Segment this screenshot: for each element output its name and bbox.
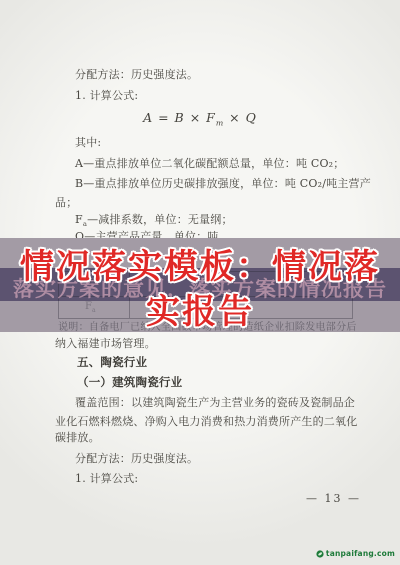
- overlay-title-line1: 情况落实模板：情况落: [0, 239, 400, 288]
- scanned-document-page: 分配方法：历史强度法。 1. 计算公式: A = B × Fm × Q 其中: …: [0, 0, 400, 565]
- scope-line-3: 碳排放。: [55, 431, 100, 444]
- var-f-line: Fa—减排系数，单位：无量纲；: [75, 213, 233, 231]
- section-heading: 五、陶瓷行业: [77, 356, 147, 369]
- var-b-line-2: 品；: [55, 196, 77, 209]
- alloc-method-line-2: 分配方法：历史强度法。: [75, 452, 198, 465]
- sub-section-heading: （一）建筑陶瓷行业: [77, 376, 182, 389]
- article-cover-overlay: b Fa % 说明：自备电厂已纳入全国碳市场管理的造纸企业扣除发电部分后 落实方…: [0, 238, 400, 332]
- formula-subscript: m: [216, 119, 224, 128]
- brand-logo-icon: [316, 550, 324, 558]
- market-note-tail: 纳入福建市场管理。: [55, 337, 156, 350]
- var-f-desc: —减排系数，单位：无量纲；: [87, 213, 233, 226]
- formula-lhs: A = B × F: [143, 110, 216, 125]
- scope-line-2: 业化石燃料燃烧、净购入电力消费和热力消费所产生的二氧化: [55, 415, 357, 428]
- formula-rhs: × Q: [224, 110, 257, 125]
- page-number: — 13 —: [306, 492, 361, 505]
- var-f-symbol: F: [75, 213, 83, 226]
- calc-formula-label: 1. 计算公式:: [75, 89, 138, 102]
- brand-watermark: tanpaifang.com: [316, 549, 395, 558]
- overlay-title-line2: 实报告: [0, 284, 400, 333]
- brand-label: tanpaifang.com: [326, 549, 395, 558]
- among-label: 其中:: [75, 136, 101, 149]
- allocation-formula: A = B × Fm × Q: [0, 110, 400, 128]
- scope-line-1: 覆盖范围：以建筑陶瓷生产为主营业务的瓷砖及瓷制品企: [75, 396, 355, 409]
- var-a-line: A—重点排放单位二氧化碳配额总量，单位：吨 CO₂；: [75, 157, 344, 170]
- calc-formula-label-2: 1. 计算公式:: [75, 472, 138, 485]
- var-b-line-1: B—重点排放单位历史碳排放强度，单位：吨 CO₂/吨主营产: [75, 177, 371, 190]
- alloc-method-line: 分配方法：历史强度法。: [75, 68, 198, 81]
